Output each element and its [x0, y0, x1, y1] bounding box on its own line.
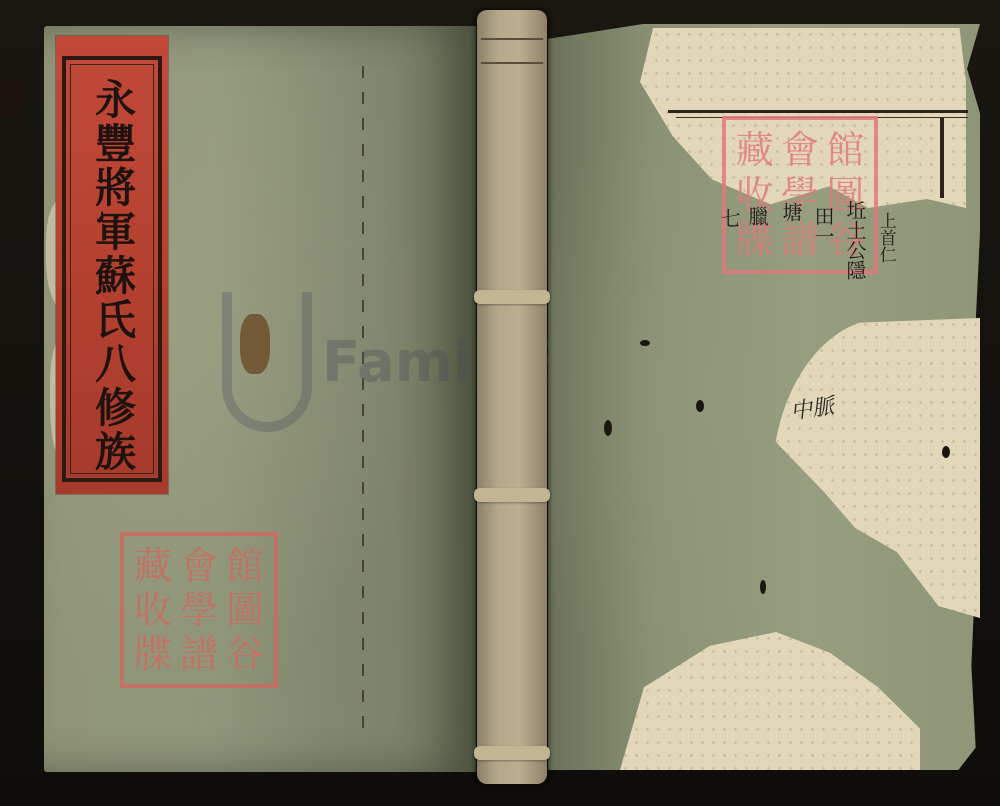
worm-hole — [760, 580, 766, 594]
page-text-column: 坵土公隱 — [844, 200, 866, 280]
cover-seal-stamp: 谷 圖 館 譜 學 會 牒 收 藏 — [120, 532, 278, 688]
page-text-column: 上首仁 — [876, 212, 895, 263]
seal-char: 學 — [176, 588, 222, 632]
tree-logo-icon — [222, 292, 312, 432]
seal-char: 館 — [222, 544, 268, 588]
worm-hole — [604, 420, 612, 436]
spine-band — [481, 62, 543, 64]
seal-char: 谷 — [222, 632, 268, 676]
page-text-column: 臘 — [746, 206, 768, 226]
seal-char: 會 — [777, 128, 822, 173]
seal-char: 牒 — [130, 632, 176, 676]
spine-band — [481, 38, 543, 40]
title-slip: 永豐將軍蘇氏八修族譜 — [56, 36, 168, 494]
page-text-column: 塘 — [780, 202, 802, 222]
page-border-right — [940, 118, 944, 198]
photo-scene: 永豐將軍蘇氏八修族譜 谷 圖 館 譜 學 會 牒 收 藏 FamilySearc… — [0, 0, 1000, 806]
seal-char: 譜 — [176, 632, 222, 676]
spine-ridge — [474, 746, 550, 760]
seal-char: 圖 — [222, 588, 268, 632]
seal-char: 藏 — [732, 128, 777, 173]
worm-hole — [942, 446, 950, 458]
seal-char: 會 — [176, 544, 222, 588]
spine-ridge — [474, 488, 550, 502]
seal-char: 收 — [130, 588, 176, 632]
book-title: 永豐將軍蘇氏八修族譜 — [56, 78, 168, 498]
spine-ridge — [474, 290, 550, 304]
page-text-column: 田一 — [812, 206, 834, 246]
page-text-column: 七 — [718, 208, 740, 228]
handwritten-note: 中脈 — [788, 389, 836, 426]
worm-hole — [640, 340, 650, 346]
book-spine — [477, 10, 547, 784]
worm-hole — [696, 400, 704, 412]
page-border-top — [668, 110, 968, 113]
seal-char: 藏 — [130, 544, 176, 588]
seal-char: 館 — [823, 128, 868, 173]
